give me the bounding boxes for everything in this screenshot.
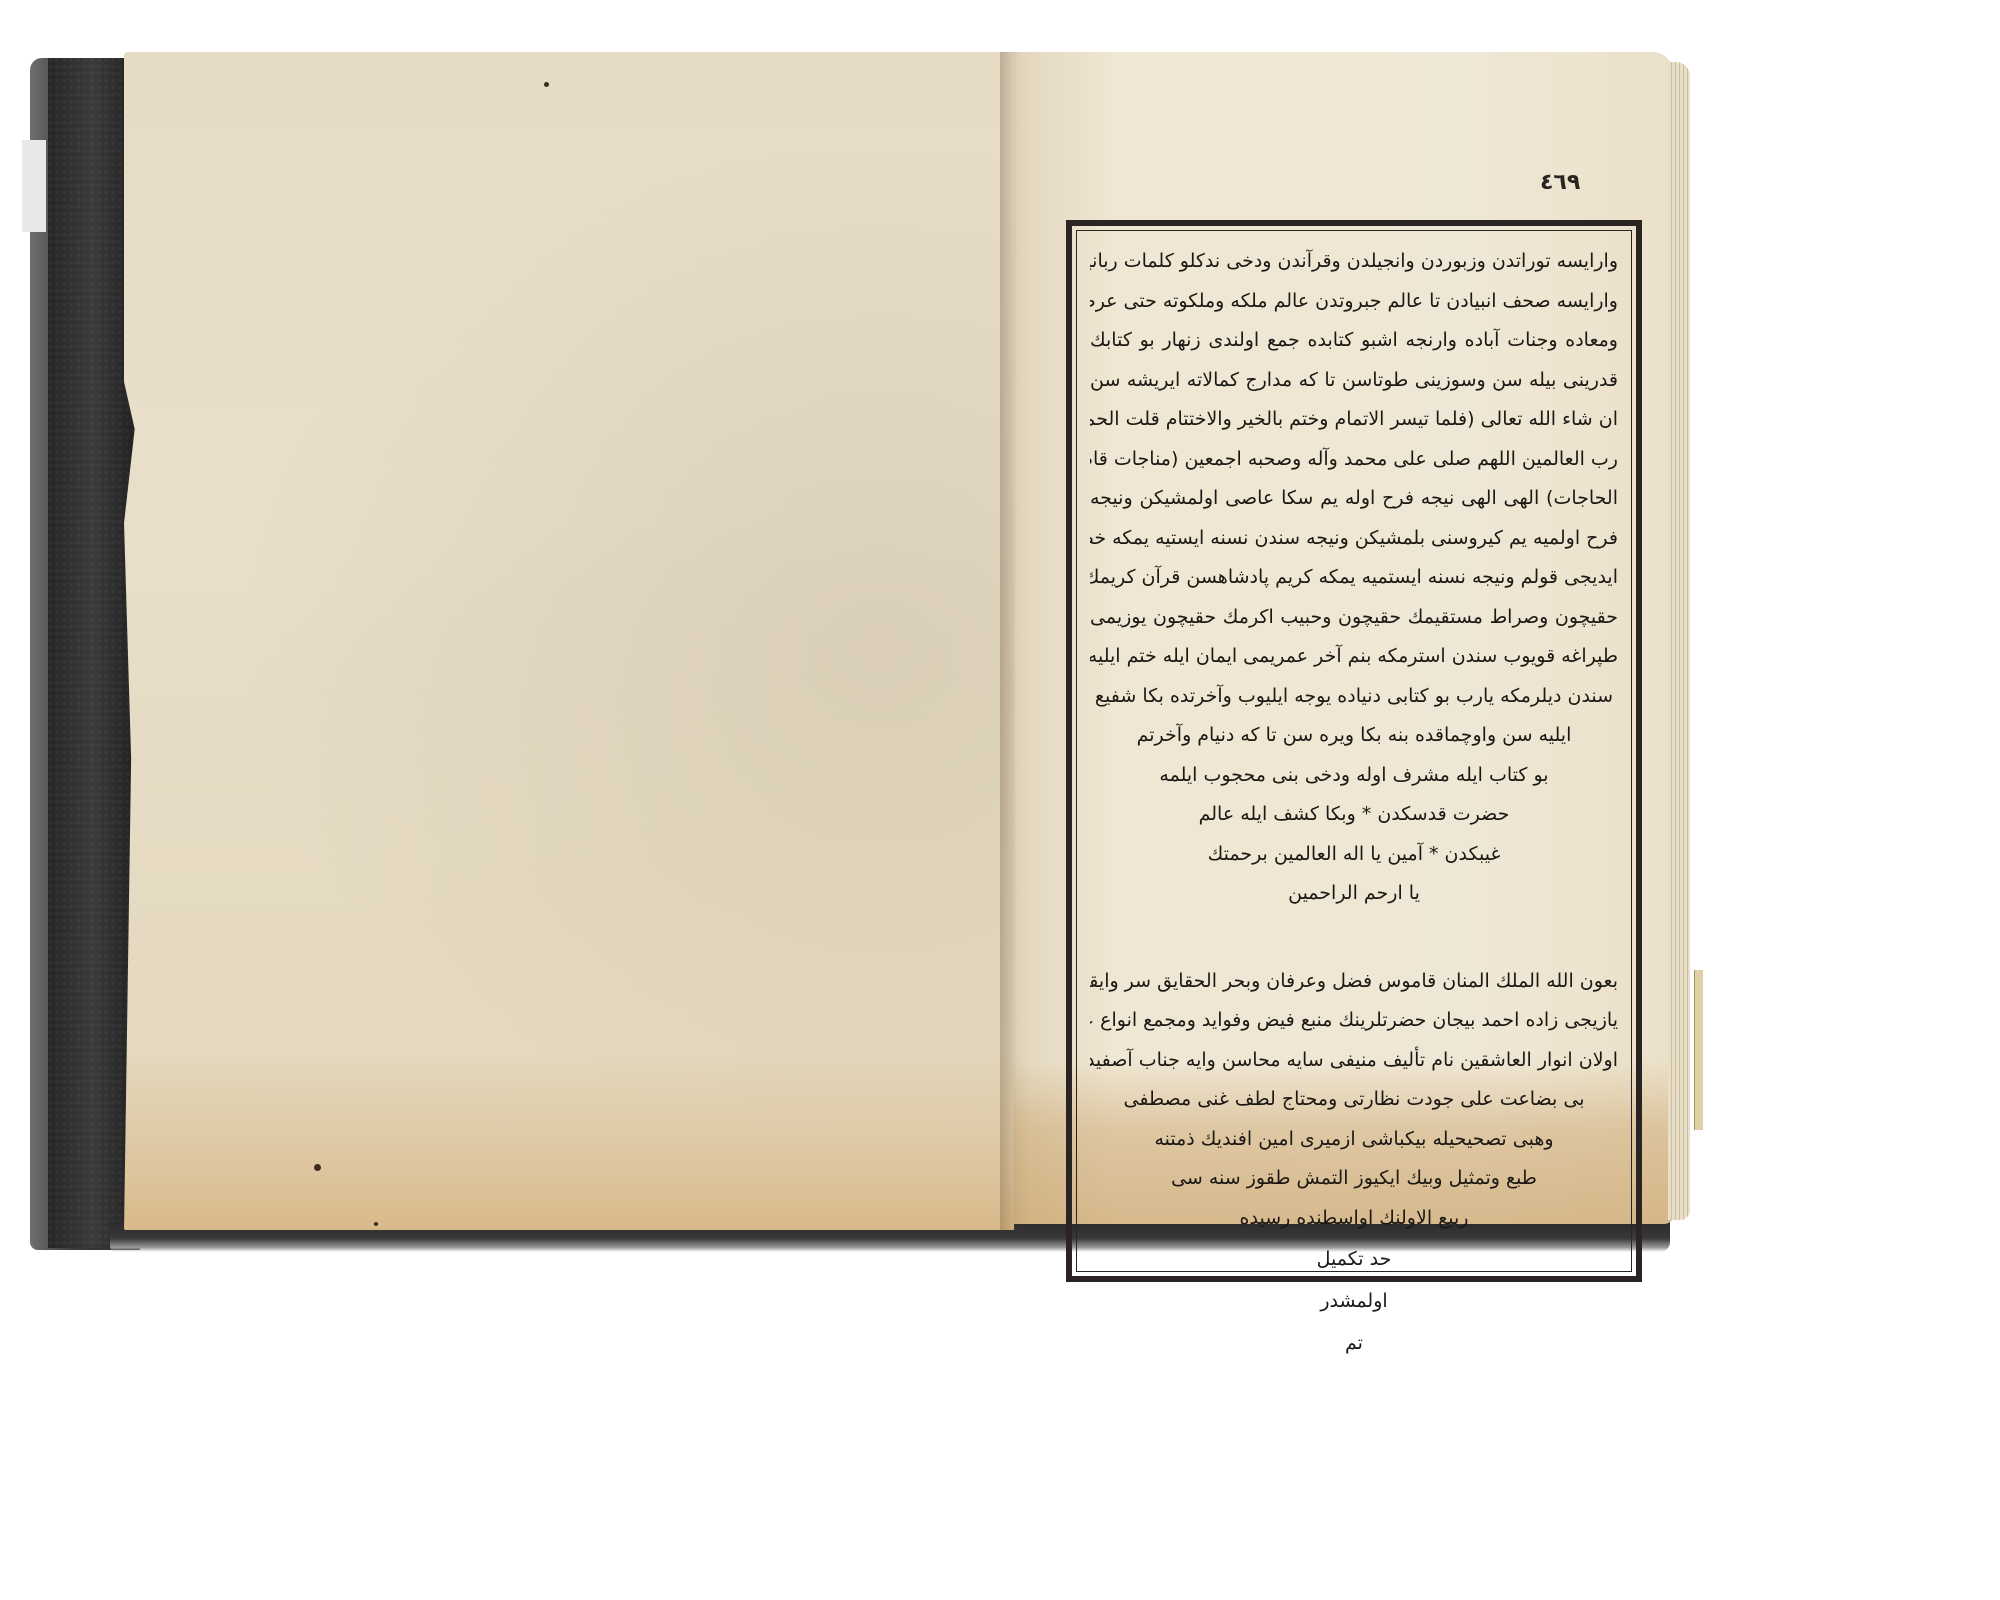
text-line: طپراغه قويوب سندن استرمكه بنم آخر عمريمی… [1090,637,1618,677]
text-line: وارايسه توراتدن وزبوردن وانجيلدن وقرآندن… [1090,242,1618,282]
text-line: وارايسه صحف انبيادن تا عالم جبروتدن عالم… [1090,282,1618,322]
text-border-frame: وارايسه توراتدن وزبوردن وانجيلدن وقرآندن… [1066,220,1642,1282]
book-gutter [1000,52,1030,1230]
text-line: رب العالمين اللهم صلی علی محمد وآله وصحب… [1090,440,1618,480]
text-line: حضرت قدسكدن * وبكا كشف ايله عالم [1090,795,1618,835]
text-line: ومعاده وجنات آباده وارنجه اشبو كتابده جم… [1090,321,1618,361]
text-line: الحاجات) الهی الهی نيجه فرح اوله يم سكا … [1090,479,1618,519]
paper-tab-strip [1694,970,1703,1130]
text-line: ايليه سن واوچماقده بنه بكا ويره سن تا كه… [1090,716,1618,756]
text-line: فرح اولميه يم كيروسنی بلمشيكن ونيجه سندن… [1090,519,1618,559]
text-line: وهبی تصحيحيله بيكباشی ازميری امين افنديك… [1090,1120,1618,1160]
text-line: يازيجی زاده احمد بيجان حضرتلرينك منبع في… [1090,1001,1618,1041]
page-number: ٤٦٩ [1540,170,1580,195]
text-line: قدرينی بيله سن وسوزينی طوتاسن تا كه مدار… [1090,361,1618,401]
text-line: يا ارحم الراحمين [1090,874,1618,914]
text-line: سندن ديلرمكه يارب بو كتابی دنياده يوجه ا… [1090,677,1618,717]
text-line: اولمشدر [1090,1280,1618,1322]
text-line: غيبكدن * آمين يا اله العالمين برحمتك [1090,835,1618,875]
text-line: ربيع الاولنك اواسطنده رسيده [1090,1199,1618,1239]
worm-hole [314,1164,321,1171]
text-line: اولان انوار العاشقين نام تأليف منيفی ساي… [1090,1041,1618,1081]
spine-paper-label [22,140,46,232]
page-block-edges [1668,62,1690,1220]
text-line: ايديجی قولم ونيجه نسنه ايستميه يمكه كريم… [1090,558,1618,598]
text-line: حد تكميل [1090,1238,1618,1280]
text-line-end-mark: تم [1090,1322,1618,1364]
paragraph-gap [1090,914,1618,962]
paper-speck [544,82,549,87]
colophon-text: وارايسه توراتدن وزبوردن وانجيلدن وقرآندن… [1090,242,1618,1364]
text-line: حقيچون وصراط مستقيمك حقيچون وحبيب اكرمك … [1090,598,1618,638]
paper-speck [374,1222,378,1226]
text-line: ان شاء الله تعالی (فلما تيسر الاتمام وخت… [1090,400,1618,440]
text-line: بی بضاعت علی جودت نظارتی ومحتاج لطف غنی … [1090,1080,1618,1120]
text-line: بعون الله الملك المنان قاموس فضل وعرفان … [1090,962,1618,1002]
text-line: بو كتاب ايله مشرف اوله ودخی بنی محجوب اي… [1090,756,1618,796]
open-book: ٤٦٩ وارايسه توراتدن وزبوردن وانجيلدن وقر… [0,0,2000,1600]
left-page-blank [124,52,1014,1230]
text-line: طبع وتمثيل وبيك ايكيوز التمش طقوز سنه سی [1090,1159,1618,1199]
